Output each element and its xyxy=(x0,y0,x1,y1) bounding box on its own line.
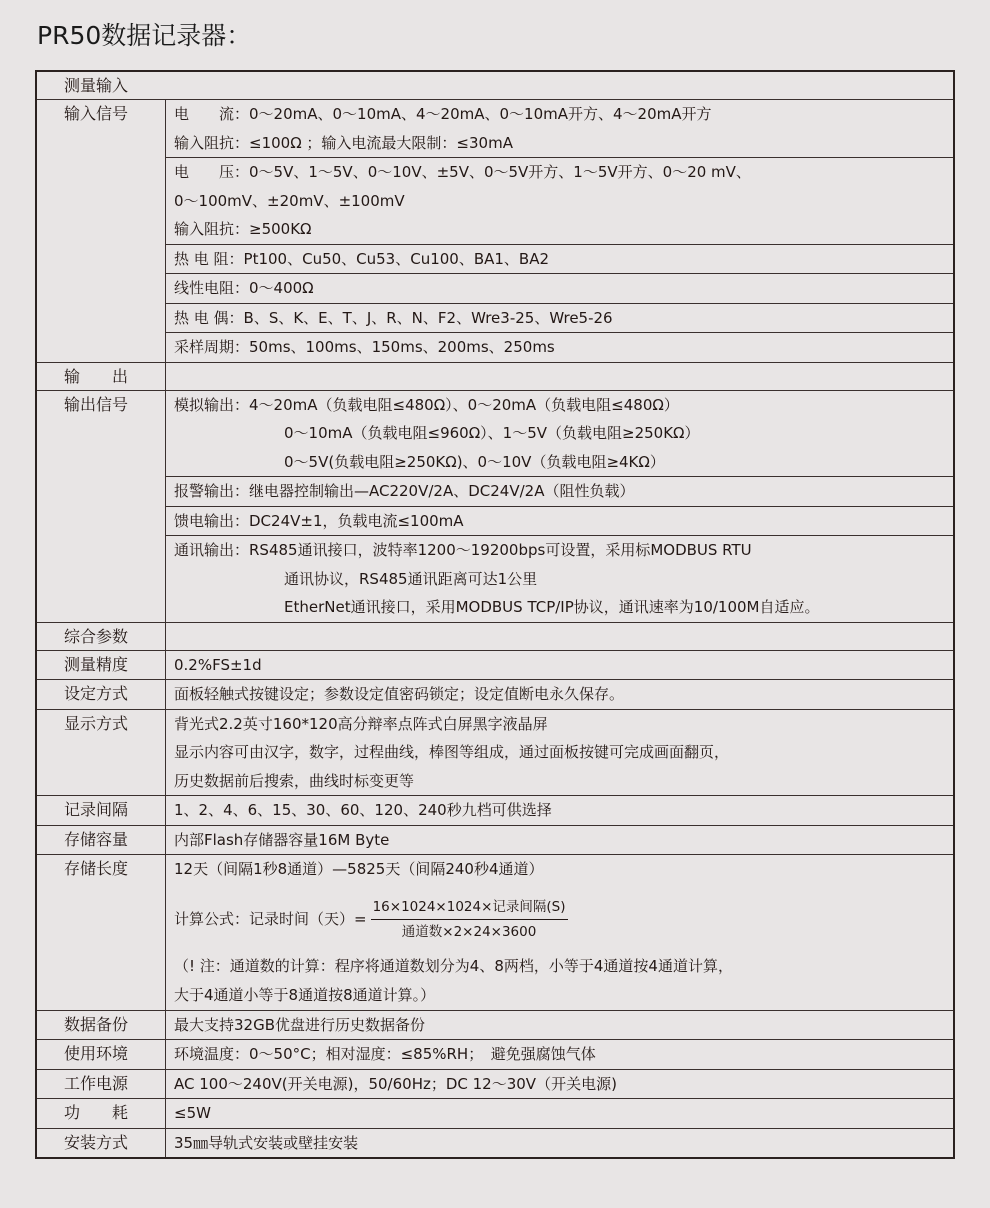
row-label: 存储容量 xyxy=(37,826,166,855)
row-label: 记录间隔 xyxy=(37,796,166,825)
row-value: 电 流：0～20mA、0～10mA、4～20mA、0～10mA开方、4～20mA… xyxy=(166,100,953,362)
storage-length-range: 12天（间隔1秒8通道）—5825天（间隔240秒4通道） xyxy=(174,855,953,884)
environment-value: 环境温度：0～50°C；相对湿度：≤85%RH； 避免强腐蚀气体 xyxy=(174,1040,953,1069)
row-setting-method: 设定方式 面板轻触式按键设定；参数设定值密码锁定；设定值断电永久保存。 xyxy=(37,679,953,709)
row-data-backup: 数据备份 最大支持32GB优盘进行历史数据备份 xyxy=(37,1010,953,1040)
voltage-range: 电 压：0～5V、1～5V、0～10V、±5V、0～5V开方、1～5V开方、0～… xyxy=(174,158,953,187)
sampling-period: 采样周期：50ms、100ms、150ms、200ms、250ms xyxy=(174,333,953,362)
row-label: 输入信号 xyxy=(37,100,166,362)
row-input-signal: 输入信号 电 流：0～20mA、0～10mA、4～20mA、0～10mA开方、4… xyxy=(37,99,953,362)
section-measure-input: 测量输入 xyxy=(37,72,953,99)
row-label: 输出信号 xyxy=(37,391,166,622)
sub-thermocouple: 热 电 偶：B、S、K、E、T、J、R、N、F2、Wre3-25、Wre5-26 xyxy=(166,303,953,333)
section-empty xyxy=(166,623,953,650)
row-value: 0.2%FS±1d xyxy=(166,651,953,680)
row-power-consumption: 功 耗 ≤5W xyxy=(37,1098,953,1128)
sub-feed-output: 馈电输出：DC24V±1，负载电流≤100mA xyxy=(166,506,953,536)
spec-table: 测量输入 输入信号 电 流：0～20mA、0～10mA、4～20mA、0～10m… xyxy=(35,70,955,1159)
analog-output-line: 0～10mA（负载电阻≤960Ω）、1～5V（负载电阻≥250KΩ） xyxy=(174,419,953,448)
sub-analog-output: 模拟输出：4～20mA（负载电阻≤480Ω）、0～20mA（负载电阻≤480Ω）… xyxy=(166,391,953,477)
voltage-range-cont: 0～100mV、±20mV、±100mV xyxy=(174,187,953,216)
row-value: AC 100～240V(开关电源)，50/60Hz；DC 12～30V（开关电源… xyxy=(166,1070,953,1099)
comm-output-line: 通讯输出：RS485通讯接口，波特率1200～19200bps可设置，采用标MO… xyxy=(174,536,953,565)
row-value: 环境温度：0～50°C；相对湿度：≤85%RH； 避免强腐蚀气体 xyxy=(166,1040,953,1069)
row-value: 模拟输出：4～20mA（负载电阻≤480Ω）、0～20mA（负载电阻≤480Ω）… xyxy=(166,391,953,622)
current-impedance: 输入阻抗：≤100Ω ；输入电流最大限制：≤30mA xyxy=(174,129,953,158)
setting-method-value: 面板轻触式按键设定；参数设定值密码锁定；设定值断电永久保存。 xyxy=(174,680,953,709)
section-label: 测量输入 xyxy=(37,72,953,99)
row-label: 数据备份 xyxy=(37,1011,166,1040)
row-installation: 安装方式 35㎜导轨式安装或壁挂安装 xyxy=(37,1128,953,1158)
power-supply-value: AC 100～240V(开关电源)，50/60Hz；DC 12～30V（开关电源… xyxy=(174,1070,953,1099)
row-label: 显示方式 xyxy=(37,710,166,796)
row-value: ≤5W xyxy=(166,1099,953,1128)
section-output: 输 出 xyxy=(37,362,953,390)
storage-capacity-value: 内部Flash存储器容量16M Byte xyxy=(174,826,953,855)
rtd-types: 热 电 阻：Pt100、Cu50、Cu53、Cu100、BA1、BA2 xyxy=(174,245,953,274)
formula-denominator: 通道数×2×24×3600 xyxy=(402,920,537,942)
record-interval-value: 1、2、4、6、15、30、60、120、240秒九档可供选择 xyxy=(174,796,953,825)
row-label: 功 耗 xyxy=(37,1099,166,1128)
row-value: 最大支持32GB优盘进行历史数据备份 xyxy=(166,1011,953,1040)
row-storage-capacity: 存储容量 内部Flash存储器容量16M Byte xyxy=(37,825,953,855)
row-value: 内部Flash存储器容量16M Byte xyxy=(166,826,953,855)
row-value: 1、2、4、6、15、30、60、120、240秒九档可供选择 xyxy=(166,796,953,825)
sub-comm-output: 通讯输出：RS485通讯接口，波特率1200～19200bps可设置，采用标MO… xyxy=(166,535,953,622)
formula-fraction: 16×1024×1024×记录间隔(S) 通道数×2×24×3600 xyxy=(371,897,568,942)
accuracy-value: 0.2%FS±1d xyxy=(174,651,953,680)
row-label: 测量精度 xyxy=(37,651,166,680)
comm-output-line: EtherNet通讯接口，采用MODBUS TCP/IP协议，通讯速率为10/1… xyxy=(174,593,953,622)
section-label: 输 出 xyxy=(37,363,166,390)
installation-value: 35㎜导轨式安装或壁挂安装 xyxy=(174,1129,953,1158)
row-label: 使用环境 xyxy=(37,1040,166,1069)
linear-resistance: 线性电阻：0～400Ω xyxy=(174,274,953,303)
comm-output-line: 通讯协议，RS485通讯距离可达1公里 xyxy=(174,565,953,594)
section-empty xyxy=(166,363,953,390)
note-line: （! 注：通道数的计算：程序将通道数划分为4、8两档，小等于4通道按4通道计算， xyxy=(174,952,953,981)
formula-prefix: 计算公式：记录时间（天）= xyxy=(174,905,367,934)
current-range: 电 流：0～20mA、0～10mA、4～20mA、0～10mA开方、4～20mA… xyxy=(174,100,953,129)
sub-sampling-period: 采样周期：50ms、100ms、150ms、200ms、250ms xyxy=(166,332,953,362)
row-label: 设定方式 xyxy=(37,680,166,709)
page-title: PR50数据记录器： xyxy=(37,20,251,52)
section-general: 综合参数 xyxy=(37,622,953,650)
alarm-output: 报警输出：继电器控制输出—AC220V/2A、DC24V/2A（阻性负载） xyxy=(174,477,953,506)
sub-alarm-output: 报警输出：继电器控制输出—AC220V/2A、DC24V/2A（阻性负载） xyxy=(166,476,953,506)
row-environment: 使用环境 环境温度：0～50°C；相对湿度：≤85%RH； 避免强腐蚀气体 xyxy=(37,1039,953,1069)
analog-output-line: 模拟输出：4～20mA（负载电阻≤480Ω）、0～20mA（负载电阻≤480Ω） xyxy=(174,391,953,420)
thermocouple-types: 热 电 偶：B、S、K、E、T、J、R、N、F2、Wre3-25、Wre5-26 xyxy=(174,304,953,333)
storage-formula: 计算公式：记录时间（天）= 16×1024×1024×记录间隔(S) 通道数×2… xyxy=(174,892,953,948)
row-value: 面板轻触式按键设定；参数设定值密码锁定；设定值断电永久保存。 xyxy=(166,680,953,709)
display-method-line: 显示内容可由汉字，数字，过程曲线，棒图等组成，通过面板按键可完成画面翻页， xyxy=(174,738,953,767)
row-label: 安装方式 xyxy=(37,1129,166,1158)
row-storage-length: 存储长度 12天（间隔1秒8通道）—5825天（间隔240秒4通道） 计算公式：… xyxy=(37,854,953,1010)
data-backup-value: 最大支持32GB优盘进行历史数据备份 xyxy=(174,1011,953,1040)
sub-current: 电 流：0～20mA、0～10mA、4～20mA、0～10mA开方、4～20mA… xyxy=(166,100,953,157)
row-value: 12天（间隔1秒8通道）—5825天（间隔240秒4通道） 计算公式：记录时间（… xyxy=(166,855,953,1010)
feed-output: 馈电输出：DC24V±1，负载电流≤100mA xyxy=(174,507,953,536)
row-power-supply: 工作电源 AC 100～240V(开关电源)，50/60Hz；DC 12～30V… xyxy=(37,1069,953,1099)
section-label: 综合参数 xyxy=(37,623,166,650)
display-method-line: 背光式2.2英寸160*120高分辩率点阵式白屏黑字液晶屏 xyxy=(174,710,953,739)
note-line: 大于4通道小等于8通道按8通道计算。） xyxy=(174,981,953,1010)
voltage-impedance: 输入阻抗：≥500KΩ xyxy=(174,215,953,244)
row-value: 35㎜导轨式安装或壁挂安装 xyxy=(166,1129,953,1158)
row-accuracy: 测量精度 0.2%FS±1d xyxy=(37,650,953,680)
sub-rtd: 热 电 阻：Pt100、Cu50、Cu53、Cu100、BA1、BA2 xyxy=(166,244,953,274)
row-record-interval: 记录间隔 1、2、4、6、15、30、60、120、240秒九档可供选择 xyxy=(37,795,953,825)
row-display-method: 显示方式 背光式2.2英寸160*120高分辩率点阵式白屏黑字液晶屏 显示内容可… xyxy=(37,709,953,796)
power-consumption-value: ≤5W xyxy=(174,1099,953,1128)
sub-linear-resistance: 线性电阻：0～400Ω xyxy=(166,273,953,303)
row-label: 工作电源 xyxy=(37,1070,166,1099)
channel-note: （! 注：通道数的计算：程序将通道数划分为4、8两档，小等于4通道按4通道计算，… xyxy=(174,952,953,1010)
row-output-signal: 输出信号 模拟输出：4～20mA（负载电阻≤480Ω）、0～20mA（负载电阻≤… xyxy=(37,390,953,622)
display-method-line: 历史数据前后搜索，曲线时标变更等 xyxy=(174,767,953,796)
row-value: 背光式2.2英寸160*120高分辩率点阵式白屏黑字液晶屏 显示内容可由汉字，数… xyxy=(166,710,953,796)
analog-output-line: 0～5V(负载电阻≥250KΩ)、0～10V（负载电阻≥4KΩ） xyxy=(174,448,953,477)
sub-voltage: 电 压：0～5V、1～5V、0～10V、±5V、0～5V开方、1～5V开方、0～… xyxy=(166,157,953,244)
row-label: 存储长度 xyxy=(37,855,166,1010)
formula-numerator: 16×1024×1024×记录间隔(S) xyxy=(371,897,568,920)
